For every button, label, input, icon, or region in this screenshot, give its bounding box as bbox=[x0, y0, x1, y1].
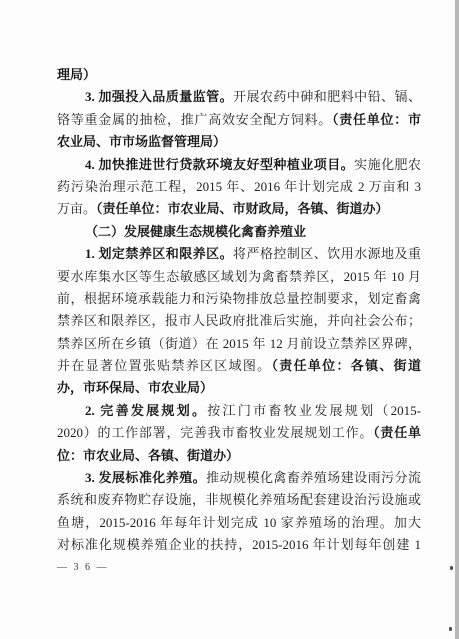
page-number: — 3 6 — bbox=[57, 562, 109, 573]
bold-text-run: 农业局、市市场监督管理局） bbox=[57, 134, 226, 149]
text-run: 万亩。 bbox=[57, 201, 96, 216]
text-run: 开展农药中砷和肥料中铅、镉、 bbox=[233, 89, 421, 104]
text-run: 系统和废弃物贮存设施，非规模化养殖场配套建设治污设施或 bbox=[57, 492, 421, 507]
text-line: 前，根据环境承载能力和污染物排放总量控制要求，划定畜禽 bbox=[57, 288, 421, 310]
text-run: 鱼塘，2015-2016 年每年计划完成 10 家养殖场的治理。加大 bbox=[57, 515, 421, 530]
bold-text-run: 位：市农业局、各镇、街道办） bbox=[57, 448, 239, 463]
text-run: 将严格控制区、饮用水源地及重 bbox=[233, 246, 421, 261]
text-line: 办，市环保局、市农业局） bbox=[57, 377, 421, 399]
text-line: 要水库集水区等生态敏感区域划为禽畜禁养区，2015 年 10 月 bbox=[57, 266, 421, 288]
text-run: 禁养区和限养区，报市人民政府批准后实施，并向社会公布； bbox=[57, 313, 421, 328]
text-line: 禁养区和限养区，报市人民政府批准后实施，并向社会公布； bbox=[57, 310, 421, 332]
bold-text-run: 3. 加强投入品质量监管。 bbox=[85, 89, 233, 104]
bold-text-run: （责任单位：各镇、街道 bbox=[271, 358, 421, 373]
bold-text-run: （责任单位：市 bbox=[332, 112, 421, 127]
text-line: 系统和废弃物贮存设施，非规模化养殖场配套建设治污设施或 bbox=[57, 489, 421, 511]
bold-text-run: 办，市环保局、市农业局） bbox=[57, 380, 213, 395]
text-line: 2020）的工作部署，完善我市畜牧业发展规划工作。（责任单 bbox=[57, 422, 421, 444]
bold-text-run: 理局） bbox=[57, 67, 96, 82]
bold-text-run: 2. 完善发展规划。 bbox=[85, 403, 207, 418]
text-line: 3. 发展标准化养殖。推动规模化禽畜养殖场建设雨污分流 bbox=[57, 467, 421, 489]
scanned-document-page: 理局）3. 加强投入品质量监管。开展农药中砷和肥料中铅、镉、铬等重金属的抽检，推… bbox=[0, 0, 459, 639]
text-line: 位：市农业局、各镇、街道办） bbox=[57, 445, 421, 467]
text-line: 2. 完善发展规划。按江门市畜牧业发展规划（2015- bbox=[57, 400, 421, 422]
text-line: 并在显著位置张贴禁养区区域图。（责任单位：各镇、街道 bbox=[57, 355, 421, 377]
document-body: 理局）3. 加强投入品质量监管。开展农药中砷和肥料中铅、镉、铬等重金属的抽检，推… bbox=[57, 64, 421, 557]
scan-edge-shadow bbox=[455, 0, 459, 639]
bold-text-run: 4. 加快推进世行贷款环境友好型种植业项目。 bbox=[85, 157, 354, 172]
text-line: 4. 加快推进世行贷款环境友好型种植业项目。实施化肥农 bbox=[57, 154, 421, 176]
text-line: 禁养区所在乡镇（街道）在 2015 年 12 月前设立禁养区界碑， bbox=[57, 333, 421, 355]
text-run: 并在显著位置张贴禁养区区域图。 bbox=[57, 358, 271, 373]
text-line: 鱼塘，2015-2016 年每年计划完成 10 家养殖场的治理。加大 bbox=[57, 512, 421, 534]
text-line: 理局） bbox=[57, 64, 421, 86]
text-run: 前，根据环境承载能力和污染物排放总量控制要求，划定畜禽 bbox=[57, 291, 421, 306]
scan-speck bbox=[449, 627, 452, 631]
text-run: 按江门市畜牧业发展规划（2015- bbox=[207, 403, 421, 418]
text-run: 药污染治理示范工程，2015 年、2016 年计划完成 2 万亩和 3 bbox=[57, 179, 421, 194]
text-line: 铬等重金属的抽检，推广高效安全配方饲料。（责任单位：市 bbox=[57, 109, 421, 131]
text-run: 推动规模化禽畜养殖场建设雨污分流 bbox=[206, 470, 421, 485]
text-run: 禁养区所在乡镇（街道）在 2015 年 12 月前设立禁养区界碑， bbox=[57, 336, 421, 351]
scan-speck bbox=[450, 566, 453, 570]
text-run: 对标准化规模养殖企业的扶持，2015-2016 年计划每年创建 1 bbox=[57, 537, 421, 552]
text-line: 药污染治理示范工程，2015 年、2016 年计划完成 2 万亩和 3 bbox=[57, 176, 421, 198]
text-line: 1. 划定禁养区和限养区。将严格控制区、饮用水源地及重 bbox=[57, 243, 421, 265]
text-line: 对标准化规模养殖企业的扶持，2015-2016 年计划每年创建 1 bbox=[57, 534, 421, 556]
text-line: 农业局、市市场监督管理局） bbox=[57, 131, 421, 153]
bold-text-run: （二）发展健康生态规模化禽畜养殖业 bbox=[85, 224, 306, 239]
bold-text-run: （责任单位：市农业局、市财政局，各镇、街道办） bbox=[96, 201, 389, 216]
bold-text-run: 3. 发展标准化养殖。 bbox=[85, 470, 206, 485]
text-line: （二）发展健康生态规模化禽畜养殖业 bbox=[57, 221, 421, 243]
bold-text-run: （责任单 bbox=[373, 425, 421, 440]
text-line: 万亩。（责任单位：市农业局、市财政局，各镇、街道办） bbox=[57, 198, 421, 220]
text-run: 铬等重金属的抽检，推广高效安全配方饲料。 bbox=[57, 112, 332, 127]
text-run: 2020）的工作部署，完善我市畜牧业发展规划工作。 bbox=[57, 425, 373, 440]
text-run: 要水库集水区等生态敏感区域划为禽畜禁养区，2015 年 10 月 bbox=[57, 269, 421, 284]
text-line: 3. 加强投入品质量监管。开展农药中砷和肥料中铅、镉、 bbox=[57, 86, 421, 108]
bold-text-run: 1. 划定禁养区和限养区。 bbox=[85, 246, 233, 261]
text-run: 实施化肥农 bbox=[354, 157, 421, 172]
